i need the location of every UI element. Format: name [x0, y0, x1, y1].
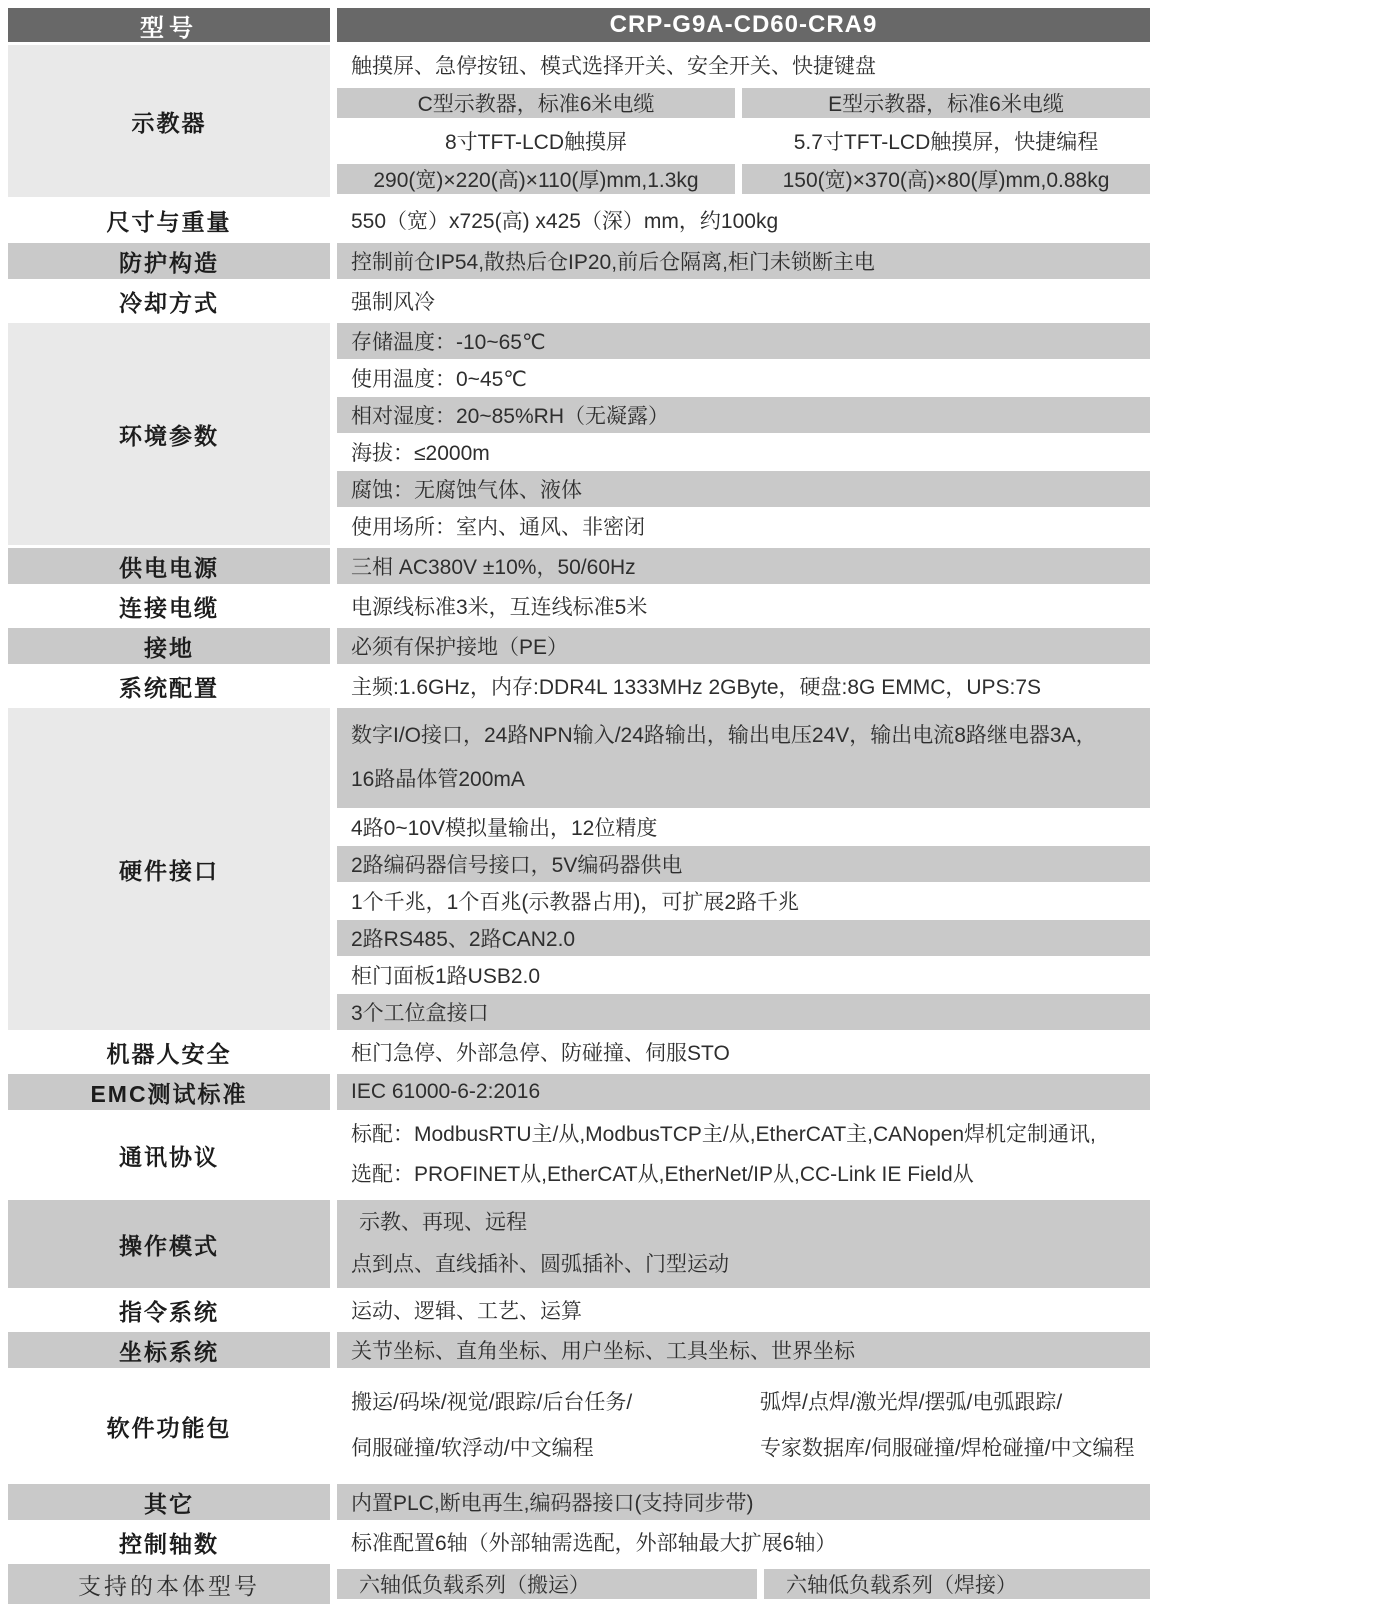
row-label: 尺寸与重量 [8, 200, 330, 240]
spec-row-emc: EMC测试标准 IEC 61000-6-2:2016 [8, 1074, 1150, 1110]
spec-row-protocols: 通讯协议 标配：ModbusRTU主/从,ModbusTCP主/从,EtherC… [8, 1113, 1150, 1197]
row-label: 示教器 [8, 45, 330, 197]
model-header-label: 型号 [8, 8, 330, 42]
cell-pendant-c: C型示教器，标准6米电缆 [337, 88, 735, 118]
spec-row-software-packages: 软件功能包 搬运/码垛/视觉/跟踪/后台任务/ 伺服碰撞/软浮动/中文编程 弧焊… [8, 1371, 1150, 1481]
spec-table: 型号 CRP-G9A-CD60-CRA9 示教器 触摸屏、急停按钮、模式选择开关… [8, 8, 1150, 1607]
section-teach-pendant: 示教器 触摸屏、急停按钮、模式选择开关、安全开关、快捷键盘 C型示教器，标准6米… [8, 45, 1150, 197]
row-value: 数字I/O接口，24路NPN输入/24路输出，输出电压24V，输出电流8路继电器… [337, 708, 1150, 808]
row-label: 支持的本体型号 [8, 1564, 330, 1604]
value-line: 示教、再现、远程 [351, 1202, 527, 1244]
row-value: 4路0~10V模拟量输出，12位精度 [337, 808, 1150, 846]
table-row: 290(宽)×220(高)×110(厚)mm,1.3kg 150(宽)×370(… [337, 161, 1150, 197]
row-label: 软件功能包 [8, 1371, 330, 1481]
row-value: 电源线标准3米，互连线标准5米 [337, 587, 1150, 625]
row-value: 海拔：≤2000m [337, 433, 1150, 471]
row-value: 柜门面板1路USB2.0 [337, 956, 1150, 994]
row-label: 硬件接口 [8, 708, 330, 1030]
row-label: 机器人安全 [8, 1033, 330, 1071]
spec-row-control-axes: 控制轴数 标准配置6轴（外部轴需选配，外部轴最大扩展6轴） [8, 1523, 1150, 1561]
value-line: 伺服碰撞/软浮动/中文编程 [351, 1426, 756, 1472]
row-value: 柜门急停、外部急停、防碰撞、伺服STO [337, 1033, 1150, 1071]
row-value: 控制前仓IP54,散热后仓IP20,前后仓隔离,柜门未锁断主电 [337, 243, 1150, 279]
software-column-welding: 弧焊/点焊/激光焊/摆弧/电弧跟踪/ 专家数据库/伺服碰撞/焊枪碰撞/中文编程 [756, 1371, 1150, 1481]
spec-row-robot-safety: 机器人安全 柜门急停、外部急停、防碰撞、伺服STO [8, 1033, 1150, 1071]
page: { "colors": { "header_bg": "#686868", "h… [0, 0, 1400, 1613]
spec-row-protection: 防护构造 控制前仓IP54,散热后仓IP20,前后仓隔离,柜门未锁断主电 [8, 243, 1150, 279]
row-value: 标配：ModbusRTU主/从,ModbusTCP主/从,EtherCAT主,C… [337, 1113, 1150, 1197]
spec-row-instruction-system: 指令系统 运动、逻辑、工艺、运算 [8, 1291, 1150, 1329]
row-label: 冷却方式 [8, 282, 330, 320]
row-value: 3个工位盒接口 [337, 994, 1150, 1030]
spec-row-cables: 连接电缆 电源线标准3米，互连线标准5米 [8, 587, 1150, 625]
section-hardware-interfaces: 硬件接口 数字I/O接口，24路NPN输入/24路输出，输出电压24V，输出电流… [8, 708, 1150, 1030]
cell-model-welding: 六轴低负载系列（焊接） [764, 1569, 1150, 1599]
section-environment: 环境参数 存储温度：-10~65℃ 使用温度：0~45℃ 相对湿度：20~85%… [8, 323, 1150, 545]
row-label: 环境参数 [8, 323, 330, 545]
cell-screen-e: 5.7寸TFT-LCD触摸屏，快捷编程 [742, 126, 1150, 156]
value-line: 选配：PROFINET从,EtherCAT从,EtherNet/IP从,CC-L… [351, 1155, 974, 1195]
row-value: 关节坐标、直角坐标、用户坐标、工具坐标、世界坐标 [337, 1332, 1150, 1368]
row-label: 接地 [8, 628, 330, 664]
row-value: 运动、逻辑、工艺、运算 [337, 1291, 1150, 1329]
spec-row-grounding: 接地 必须有保护接地（PE） [8, 628, 1150, 664]
row-value: 相对湿度：20~85%RH（无凝露） [337, 397, 1150, 433]
value-line: 16路晶体管200mA [351, 758, 525, 802]
value-line: 弧焊/点焊/激光焊/摆弧/电弧跟踪/ [760, 1380, 1150, 1426]
model-header-value: CRP-G9A-CD60-CRA9 [337, 8, 1150, 42]
spec-row-dimensions-weight: 尺寸与重量 550（宽）x725(高) x425（深）mm，约100kg [8, 200, 1150, 240]
software-column-handling: 搬运/码垛/视觉/跟踪/后台任务/ 伺服碰撞/软浮动/中文编程 [337, 1371, 756, 1481]
row-value: 主频:1.6GHz，内存:DDR4L 1333MHz 2GByte，硬盘:8G … [337, 667, 1150, 705]
cell-model-handling: 六轴低负载系列（搬运） [337, 1569, 757, 1599]
row-value: 1个千兆，1个百兆(示教器占用)，可扩展2路千兆 [337, 882, 1150, 920]
row-label: 指令系统 [8, 1291, 330, 1329]
spec-row-power-supply: 供电电源 三相 AC380V ±10%，50/60Hz [8, 548, 1150, 584]
row-value: 2路RS485、2路CAN2.0 [337, 920, 1150, 956]
row-value: 强制风冷 [337, 282, 1150, 320]
spec-row-coordinate-system: 坐标系统 关节坐标、直角坐标、用户坐标、工具坐标、世界坐标 [8, 1332, 1150, 1368]
value-line: 点到点、直线插补、圆弧插补、门型运动 [351, 1244, 729, 1286]
spec-row-operation-modes: 操作模式 示教、再现、远程 点到点、直线插补、圆弧插补、门型运动 [8, 1200, 1150, 1288]
value-line: 专家数据库/伺服碰撞/焊枪碰撞/中文编程 [760, 1426, 1150, 1472]
row-value: 示教、再现、远程 点到点、直线插补、圆弧插补、门型运动 [337, 1200, 1150, 1288]
row-label: 坐标系统 [8, 1332, 330, 1368]
row-value: 550（宽）x725(高) x425（深）mm，约100kg [337, 200, 1150, 240]
row-label: 连接电缆 [8, 587, 330, 625]
row-value: 搬运/码垛/视觉/跟踪/后台任务/ 伺服碰撞/软浮动/中文编程 弧焊/点焊/激光… [337, 1371, 1150, 1481]
row-label: 控制轴数 [8, 1523, 330, 1561]
row-value: 三相 AC380V ±10%，50/60Hz [337, 548, 1150, 584]
row-label: 通讯协议 [8, 1113, 330, 1197]
row-value: 内置PLC,断电再生,编码器接口(支持同步带) [337, 1484, 1150, 1520]
value-line: 标配：ModbusRTU主/从,ModbusTCP主/从,EtherCAT主,C… [351, 1115, 1096, 1155]
row-value: 使用场所：室内、通风、非密闭 [337, 507, 1150, 545]
table-row: C型示教器，标准6米电缆 E型示教器，标准6米电缆 [337, 85, 1150, 121]
row-value: 腐蚀：无腐蚀气体、液体 [337, 471, 1150, 507]
row-label: 其它 [8, 1484, 330, 1520]
table-row: 8寸TFT-LCD触摸屏 5.7寸TFT-LCD触摸屏，快捷编程 [337, 121, 1150, 161]
spec-row-cooling: 冷却方式 强制风冷 [8, 282, 1150, 320]
table-header-row: 型号 CRP-G9A-CD60-CRA9 [8, 8, 1150, 42]
spec-row-system-config: 系统配置 主频:1.6GHz，内存:DDR4L 1333MHz 2GByte，硬… [8, 667, 1150, 705]
cell-screen-c: 8寸TFT-LCD触摸屏 [337, 126, 735, 156]
spec-row-supported-models: 支持的本体型号 六轴低负载系列（搬运） 六轴低负载系列（焊接） [8, 1564, 1150, 1604]
row-value: 必须有保护接地（PE） [337, 628, 1150, 664]
value-line: 搬运/码垛/视觉/跟踪/后台任务/ [351, 1380, 756, 1426]
row-value: 触摸屏、急停按钮、模式选择开关、安全开关、快捷键盘 [337, 45, 1150, 85]
row-label: 操作模式 [8, 1200, 330, 1288]
row-value: 使用温度：0~45℃ [337, 359, 1150, 397]
row-label: 系统配置 [8, 667, 330, 705]
row-label: EMC测试标准 [8, 1074, 330, 1110]
row-value: IEC 61000-6-2:2016 [337, 1074, 1150, 1110]
row-value: 存储温度：-10~65℃ [337, 323, 1150, 359]
row-value: 标准配置6轴（外部轴需选配，外部轴最大扩展6轴） [337, 1523, 1150, 1561]
cell-pendant-e: E型示教器，标准6米电缆 [742, 88, 1150, 118]
row-value: 2路编码器信号接口，5V编码器供电 [337, 846, 1150, 882]
row-label: 防护构造 [8, 243, 330, 279]
cell-size-c: 290(宽)×220(高)×110(厚)mm,1.3kg [337, 164, 735, 194]
value-line: 数字I/O接口，24路NPN输入/24路输出，输出电压24V，输出电流8路继电器… [351, 714, 1097, 758]
spec-row-others: 其它 内置PLC,断电再生,编码器接口(支持同步带) [8, 1484, 1150, 1520]
row-label: 供电电源 [8, 548, 330, 584]
row-value: 六轴低负载系列（搬运） 六轴低负载系列（焊接） [337, 1564, 1150, 1604]
cell-size-e: 150(宽)×370(高)×80(厚)mm,0.88kg [742, 164, 1150, 194]
